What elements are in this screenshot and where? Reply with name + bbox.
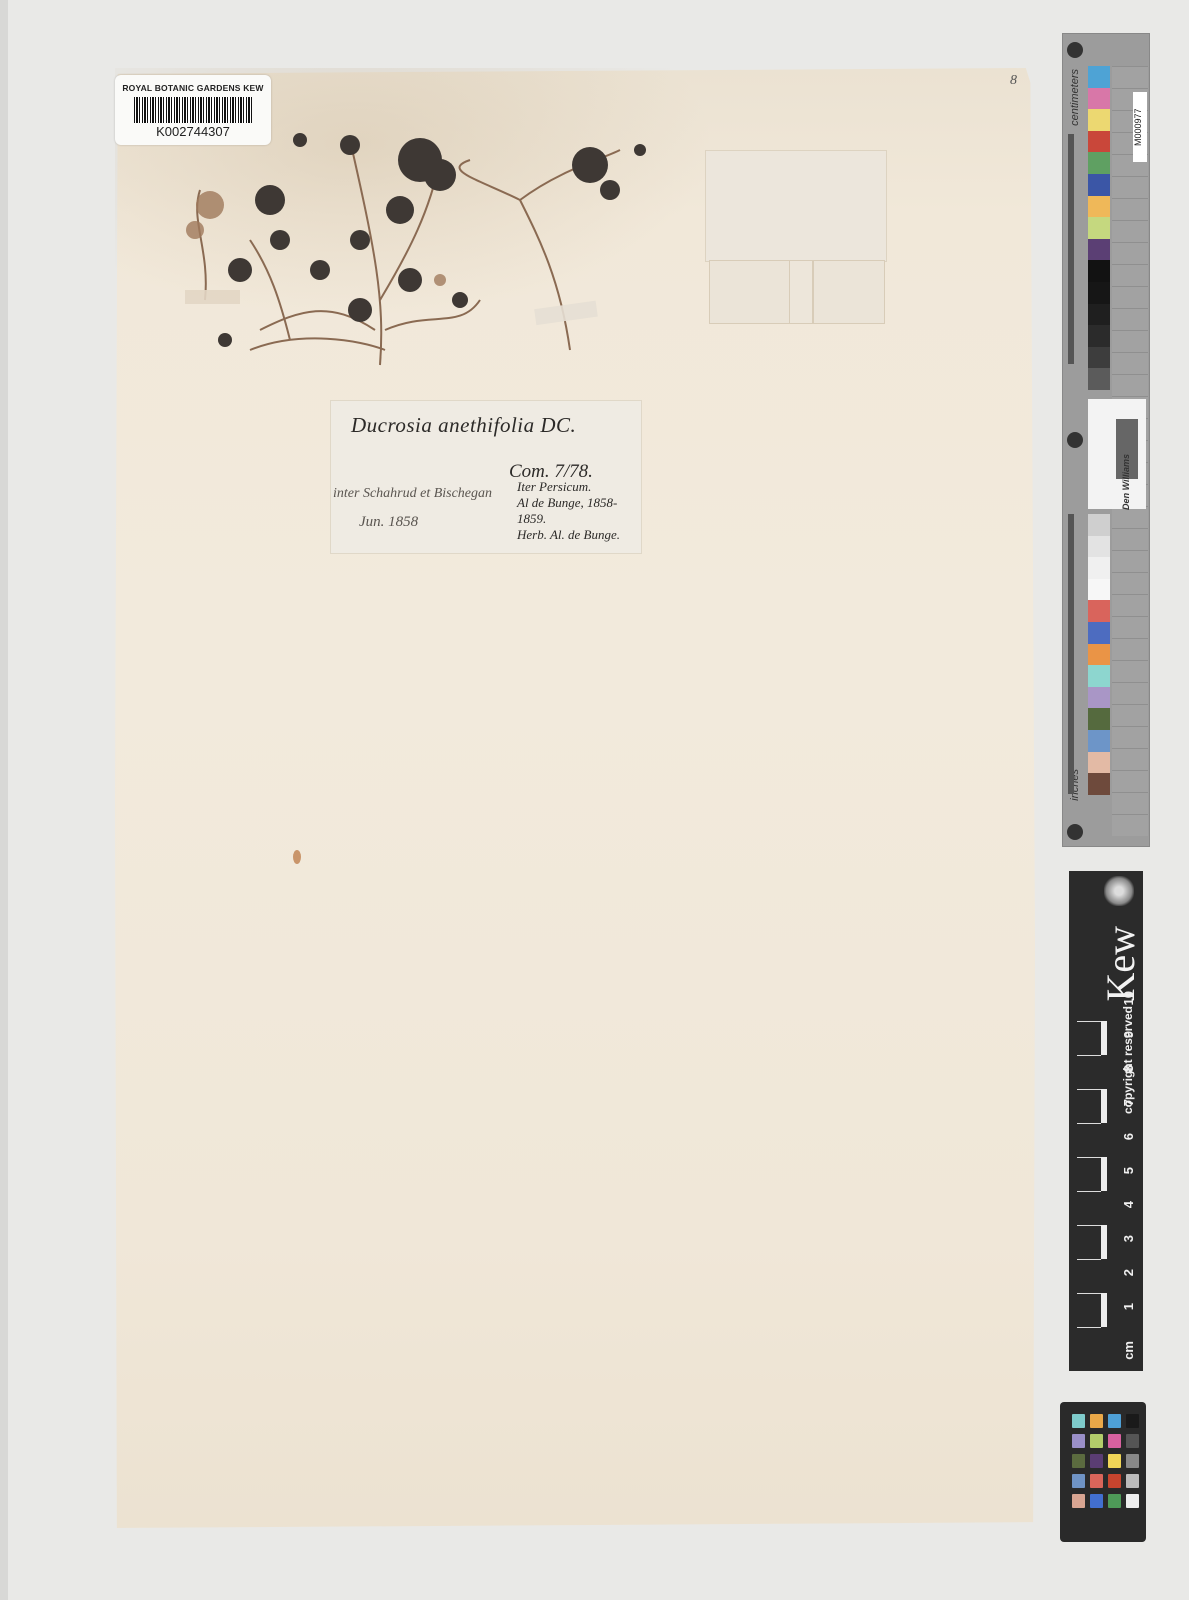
mount-hole-icon — [1067, 432, 1083, 448]
sheet-spot — [293, 850, 301, 864]
packet-fold-middle — [789, 260, 813, 324]
color-patch — [1088, 66, 1110, 88]
color-patch — [1088, 665, 1110, 687]
color-patch — [1088, 282, 1110, 304]
packet-flap — [705, 150, 887, 262]
collection-line: Herb. Al. de Bunge. — [517, 527, 641, 543]
unit-label: cm — [1121, 1341, 1136, 1360]
scale-tick: 9 — [1121, 1031, 1136, 1038]
checker-cell — [1090, 1474, 1103, 1488]
inch-ruler — [1068, 514, 1074, 794]
color-patch — [1088, 536, 1110, 558]
royal-crest-icon — [1104, 876, 1134, 906]
color-patch — [1088, 557, 1110, 579]
taxon-name: Ducrosia anethifolia DC. — [351, 413, 576, 438]
color-patch — [1088, 239, 1110, 261]
cm-ruler — [1068, 134, 1074, 364]
mini-color-checker — [1060, 1402, 1146, 1542]
packet-fold-right — [813, 260, 885, 324]
checker-cell — [1126, 1474, 1139, 1488]
color-patch — [1088, 217, 1110, 239]
checker-cell — [1126, 1434, 1139, 1448]
collection-line: Iter Persicum. — [517, 479, 641, 495]
scale-tick: 3 — [1121, 1235, 1136, 1242]
checker-cell — [1126, 1414, 1139, 1428]
checker-cell — [1126, 1494, 1139, 1508]
checker-cell — [1108, 1474, 1121, 1488]
grey-target-insert — [1088, 399, 1146, 509]
checker-cell — [1108, 1434, 1121, 1448]
color-patch — [1088, 687, 1110, 709]
chart-maker: Den Williams — [1121, 454, 1131, 510]
scale-tick: 1 — [1121, 1303, 1136, 1310]
scale-tick: 6 — [1121, 1133, 1136, 1140]
institution-name: ROYAL BOTANIC GARDENS KEW — [115, 83, 271, 93]
color-patch — [1088, 368, 1110, 390]
color-patch — [1088, 88, 1110, 110]
cm-scale-blocks — [1077, 1021, 1101, 1361]
chart-id: M000977 — [1133, 92, 1147, 162]
scale-tick: 2 — [1121, 1269, 1136, 1276]
color-patch — [1088, 304, 1110, 326]
collection-line: Al de Bunge, 1858-1859. — [517, 495, 641, 527]
checker-cell — [1108, 1454, 1121, 1468]
color-patch — [1088, 347, 1110, 369]
color-patch — [1088, 579, 1110, 601]
color-patch — [1088, 174, 1110, 196]
color-patch — [1088, 325, 1110, 347]
color-patch — [1088, 600, 1110, 622]
color-patch — [1088, 622, 1110, 644]
color-patch — [1088, 131, 1110, 153]
color-patch — [1088, 644, 1110, 666]
scanner-background — [0, 0, 8, 1600]
color-patch — [1088, 708, 1110, 730]
checker-cell — [1126, 1454, 1139, 1468]
color-patch — [1088, 109, 1110, 131]
color-patch — [1088, 152, 1110, 174]
color-patch — [1088, 196, 1110, 218]
checker-cell — [1072, 1494, 1085, 1508]
collection-locality: inter Schahrud et Bischegan — [333, 486, 492, 502]
scale-tick: 5 — [1121, 1167, 1136, 1174]
checker-cell — [1108, 1494, 1121, 1508]
color-patches-lower — [1088, 514, 1110, 795]
mount-hole-icon — [1067, 42, 1083, 58]
scale-tick: 7 — [1121, 1099, 1136, 1106]
collection-info: Iter Persicum. Al de Bunge, 1858-1859. H… — [517, 479, 641, 543]
checker-cell — [1090, 1434, 1103, 1448]
color-patches-upper — [1088, 66, 1110, 390]
scale-tick: 8 — [1121, 1065, 1136, 1072]
sheet-annotation: 8 — [1010, 73, 1017, 89]
color-patch — [1088, 773, 1110, 795]
packet-fold-left — [709, 260, 791, 324]
checker-cell — [1072, 1434, 1085, 1448]
color-calibration-chart: centimeters inches M000977 Den — [1062, 33, 1150, 847]
fragment-packet[interactable] — [705, 150, 885, 325]
plant-specimen — [180, 100, 660, 370]
centimeters-label: centimeters — [1069, 69, 1081, 126]
color-patch — [1088, 730, 1110, 752]
checker-cell — [1072, 1414, 1085, 1428]
color-patch — [1088, 752, 1110, 774]
checker-cell — [1072, 1474, 1085, 1488]
scale-tick: 10 — [1121, 991, 1136, 1005]
checker-cell — [1072, 1454, 1085, 1468]
color-patch — [1088, 514, 1110, 536]
checker-cell — [1090, 1494, 1103, 1508]
copyright-text: copyright reserved — [1121, 1006, 1135, 1114]
checker-cell — [1090, 1414, 1103, 1428]
determination-label: Ducrosia anethifolia DC. Com. 7/78. inte… — [330, 400, 642, 554]
collection-date: Jun. 1858 — [359, 514, 418, 531]
mount-hole-icon — [1067, 824, 1083, 840]
scale-tick: 4 — [1121, 1201, 1136, 1208]
kew-scale-bar: Kew copyright reserved 1 2 3 4 5 6 7 8 9… — [1069, 871, 1143, 1371]
checker-cell — [1108, 1414, 1121, 1428]
color-patch — [1088, 260, 1110, 282]
checker-cell — [1090, 1454, 1103, 1468]
